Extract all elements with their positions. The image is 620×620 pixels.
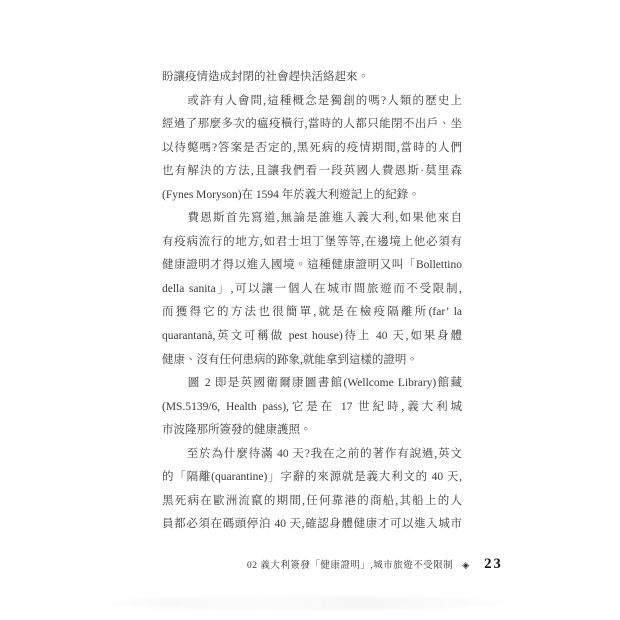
text-line: 也有解決的方法,且讓我們看一段英國人費恩斯·莫里森	[162, 160, 462, 184]
page-footer: 02 義大利簽發「健康證明」,城市旅遊不受限制 ◈ 23	[247, 556, 503, 575]
text-line: 以待斃嗎?答案是否定的,黑死病的疫情期間,當時的人們	[162, 137, 462, 161]
text-line: 員都必須在碼頭停泊 40 天,確認身體健康才可以進入城市	[162, 513, 462, 537]
text-line: 或許有人會問,這種概念是獨創的嗎?人類的歷史上	[162, 90, 462, 114]
text-line: 有疫病流行的地方,如君士坦丁堡等等,在邊境上他必須有	[162, 231, 462, 255]
text-line: 健康、沒有任何患病的跡象,就能拿到這樣的證明。	[162, 349, 462, 373]
text-line: 費恩斯首先寫道,無論是誰進入義大利,如果他來自	[162, 207, 462, 231]
text-line: 市波隆那所簽發的健康護照。	[162, 419, 462, 443]
text-line: 的「隔離(quarantine)」字辭的來源就是義大利文的 40 天,	[162, 466, 462, 490]
text-line: 健康證明才得以進入國境。這種健康證明又叫「Bollettino	[162, 254, 462, 278]
diamond-ornament-icon: ◈	[462, 561, 469, 571]
text-line: (Fynes Moryson)在 1594 年於義大利遊記上的紀錄。	[162, 184, 462, 208]
page-bottom-edge	[90, 596, 530, 610]
page-number: 23	[484, 556, 503, 573]
running-footer-chapter-title: 02 義大利簽發「健康證明」,城市旅遊不受限制	[247, 557, 453, 575]
body-text-block: 盼讓疫情造成封閉的社會趕快活絡起來。 或許有人會問,這種概念是獨創的嗎?人類的歷…	[162, 66, 462, 537]
text-line: 黑死病在歐洲流竄的期間,任何靠港的商船,其船上的人	[162, 490, 462, 514]
text-line: (MS.5139/6, Health pass),它是在 17 世紀時,義大利城	[162, 396, 462, 420]
book-page: 盼讓疫情造成封閉的社會趕快活絡起來。 或許有人會問,這種概念是獨創的嗎?人類的歷…	[0, 0, 620, 620]
text-line: 至於為什麼待滿 40 天?我在之前的著作有說過,英文	[162, 443, 462, 467]
text-line: 圖 2 即是英國衛爾康圖書館(Wellcome Library)館藏	[162, 372, 462, 396]
text-line: 經過了那麼多次的瘟疫橫行,當時的人都只能閉不出戶、坐	[162, 113, 462, 137]
text-line: 盼讓疫情造成封閉的社會趕快活絡起來。	[162, 66, 462, 90]
text-line: della sanita」,可以讓一個人在城市間旅遊而不受限制,	[162, 278, 462, 302]
text-line: 而獲得它的方法也很簡單,就是在檢疫隔離所(far’ la	[162, 301, 462, 325]
text-line: quarantanà,英文可稱做 pest house)待上 40 天,如果身體	[162, 325, 462, 349]
